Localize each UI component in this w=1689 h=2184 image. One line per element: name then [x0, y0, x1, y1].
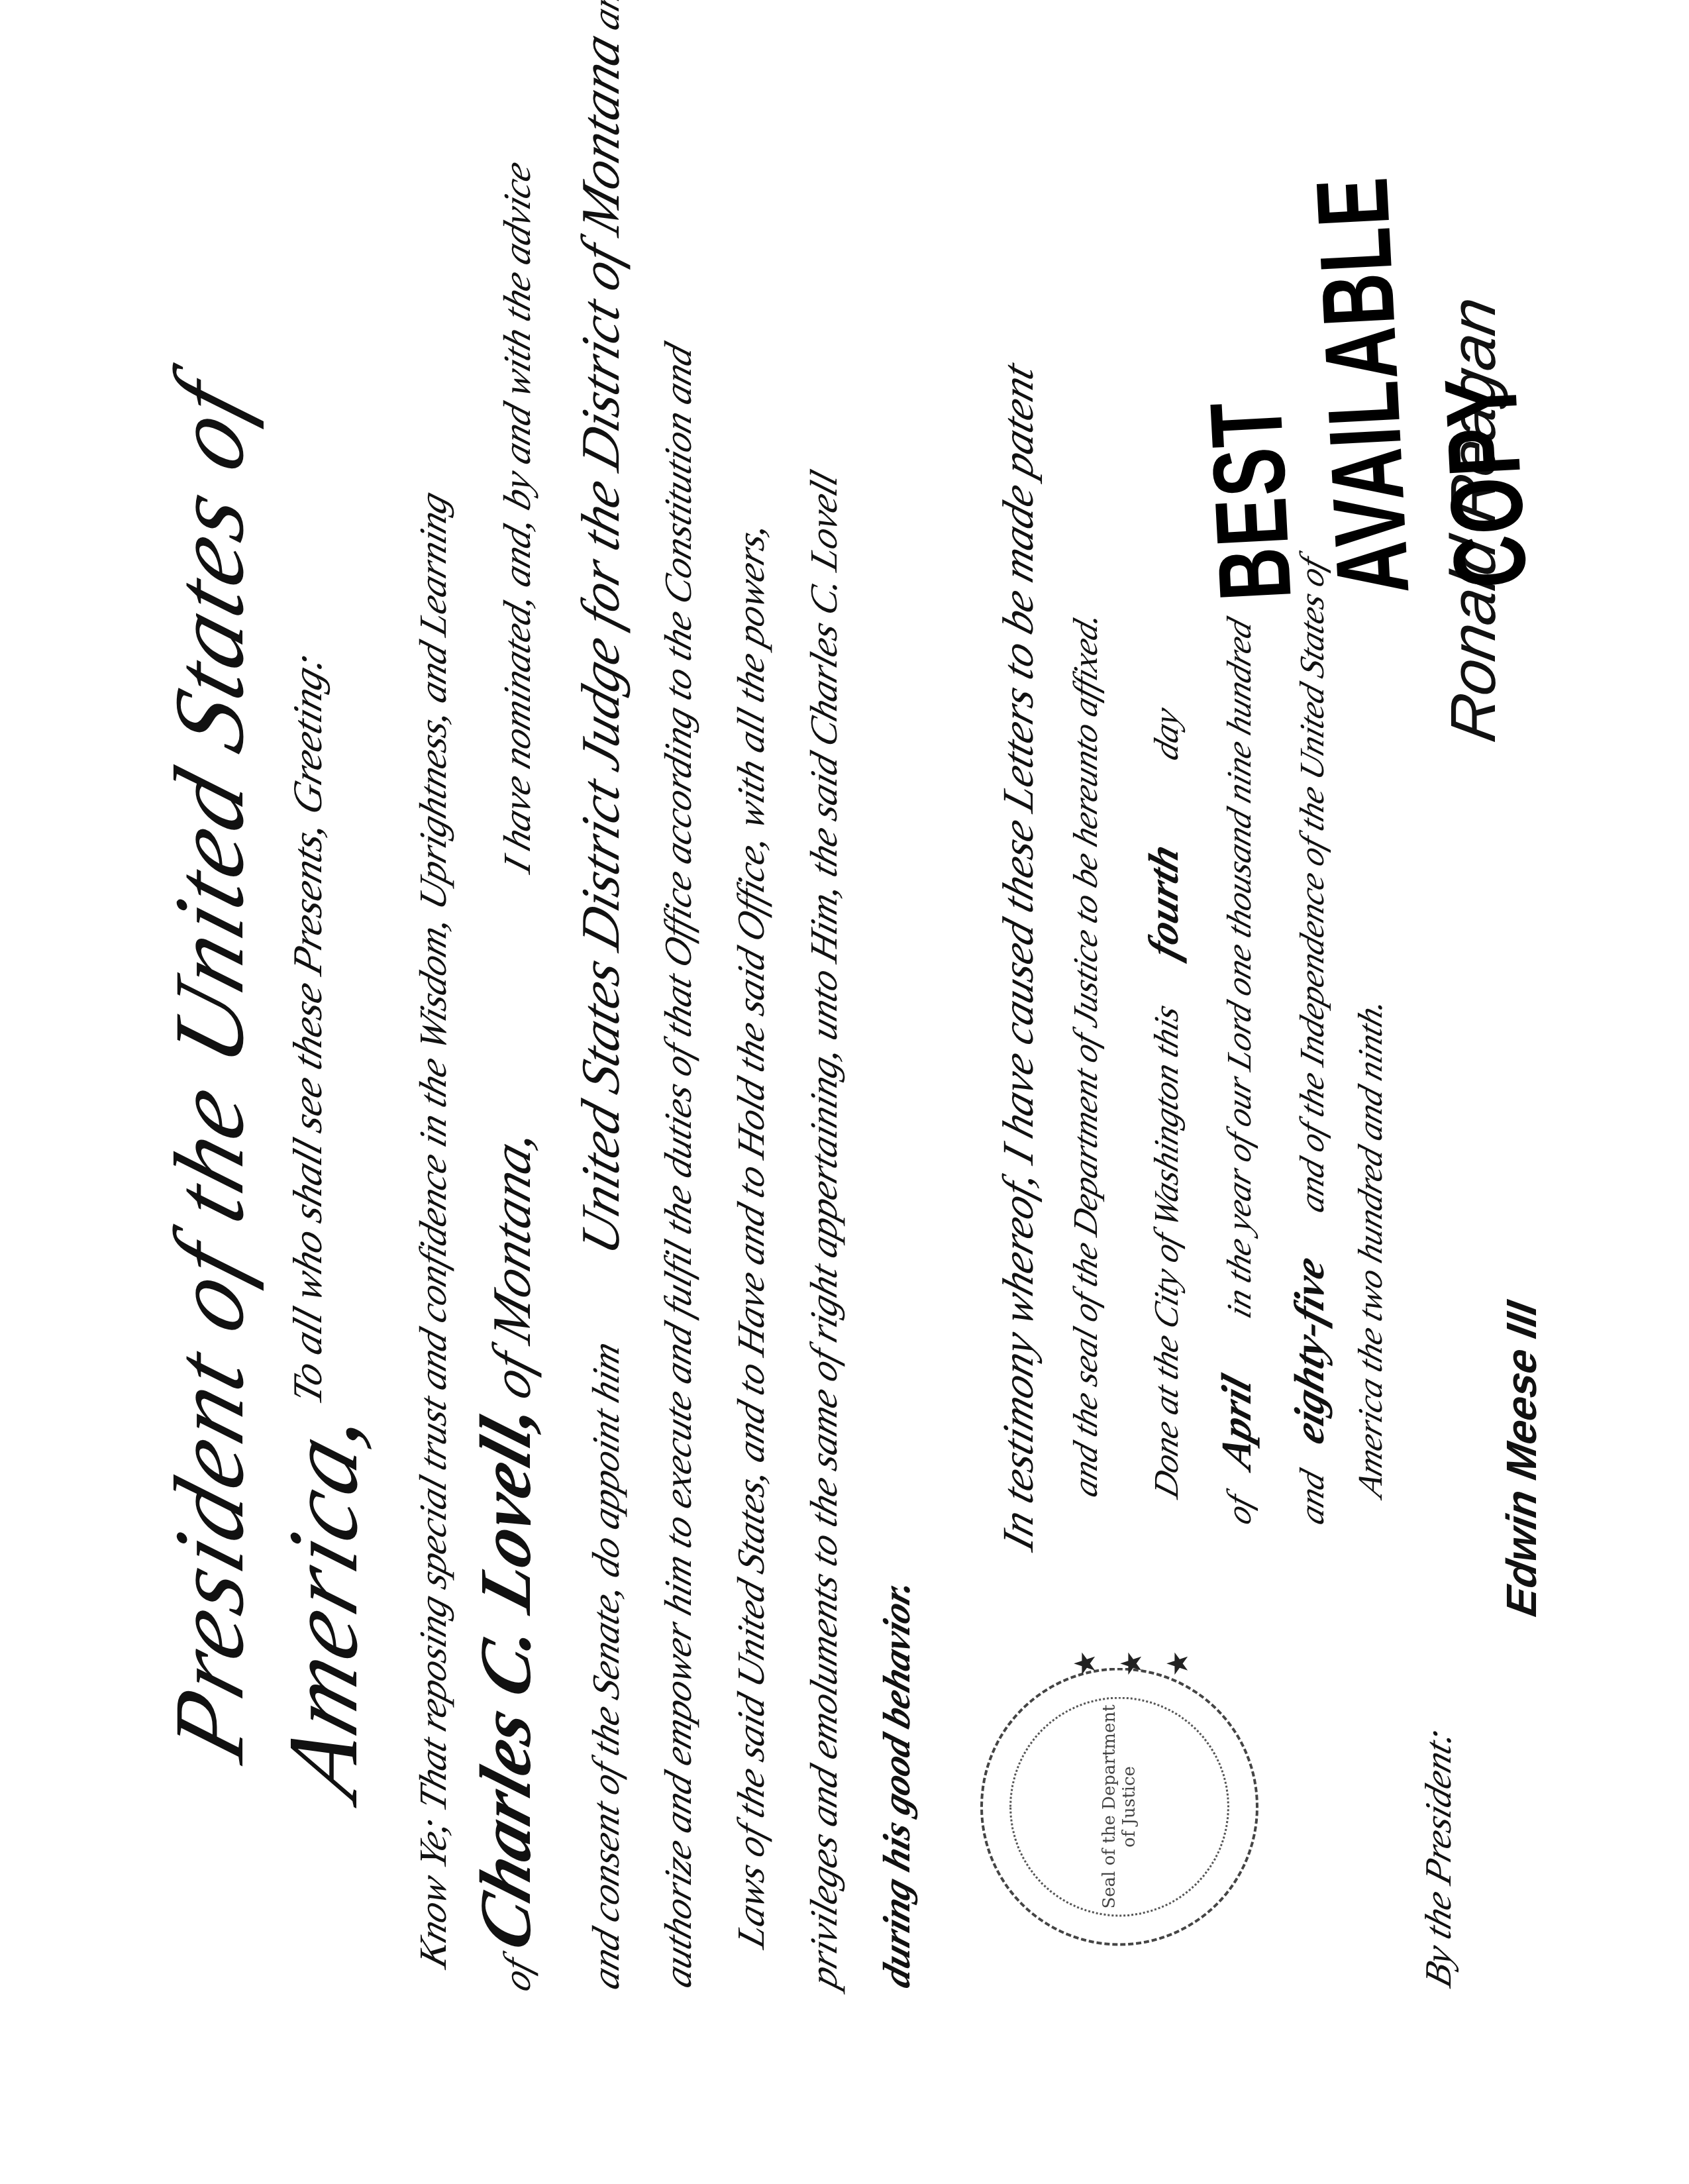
by-the-president: By the President:: [1417, 1722, 1460, 1992]
document-title: President of the United States of Americ…: [152, 0, 380, 1810]
month-value: April: [1213, 1369, 1260, 1474]
appointee-state: of Montana,: [482, 1120, 542, 1405]
of-prefix: of: [495, 1952, 538, 1996]
testimony-line-4: of April in the year of our Lord one tho…: [1212, 610, 1261, 1530]
body-line-4: authorize and empower him to execute and…: [656, 337, 700, 1993]
year-text: in the year of our Lord one thousand nin…: [1221, 613, 1258, 1322]
salutation: To all who shall see these Presents, Gre…: [285, 647, 332, 1410]
testimony-line-5: and eighty-five and of the Independence …: [1285, 549, 1334, 1530]
done-at-text: Done at the City of Washington this: [1148, 1000, 1186, 1502]
department-seal: Seal of the Department of Justice ★★★: [980, 1667, 1258, 1946]
appointee-name: Charles C. Lovell,: [465, 1390, 546, 1959]
testimony-line-6: America the two hundred and ninth.: [1351, 992, 1390, 1501]
attorney-general-signature: Edwin Meese III: [1497, 1292, 1546, 1624]
body-line-1: Know Ye; That reposing special trust and…: [411, 485, 455, 1973]
consent-text: and consent of the Senate, do appoint hi…: [584, 1335, 627, 1994]
independence-text: and of the Independence of the United St…: [1294, 552, 1331, 1216]
body-line-6: privileges and emoluments to the same of…: [801, 465, 846, 1993]
and-do-text: and do: [584, 0, 627, 34]
day-label: day: [1148, 702, 1186, 764]
best-available-copy-stamp: BEST AVAILABLE COPY: [1166, 0, 1551, 603]
body-line-5: Laws of the said United States, and to H…: [729, 516, 773, 1953]
commission-document: President of the United States of Americ…: [0, 0, 1689, 2184]
seal-label: Seal of the Department of Justice: [1009, 1696, 1229, 1916]
nominated-text: I have nominated, and, by and with the a…: [495, 155, 538, 878]
testimony-line-2: and the seal of the Department of Justic…: [1066, 606, 1105, 1502]
day-value: fourth: [1140, 838, 1187, 964]
office-title: United States District Judge for the Dis…: [570, 26, 631, 1261]
body-line-2: of Charles C. Lovell, of Montana, I have…: [464, 144, 548, 1999]
of-label: of: [1221, 1490, 1258, 1529]
tenure-clause: during his good behavior.: [874, 1573, 919, 1993]
seal-stars-icon: ★★★: [1062, 1650, 1202, 1676]
testimony-line-1: In testimony whereof, I have caused thes…: [994, 356, 1044, 1556]
testimony-line-3: Done at the City of Washington this four…: [1139, 700, 1188, 1503]
and-label: and: [1294, 1465, 1331, 1529]
body-line-3: and consent of the Senate, do appoint hi…: [570, 0, 632, 1995]
year-value: eighty-five: [1286, 1250, 1333, 1449]
